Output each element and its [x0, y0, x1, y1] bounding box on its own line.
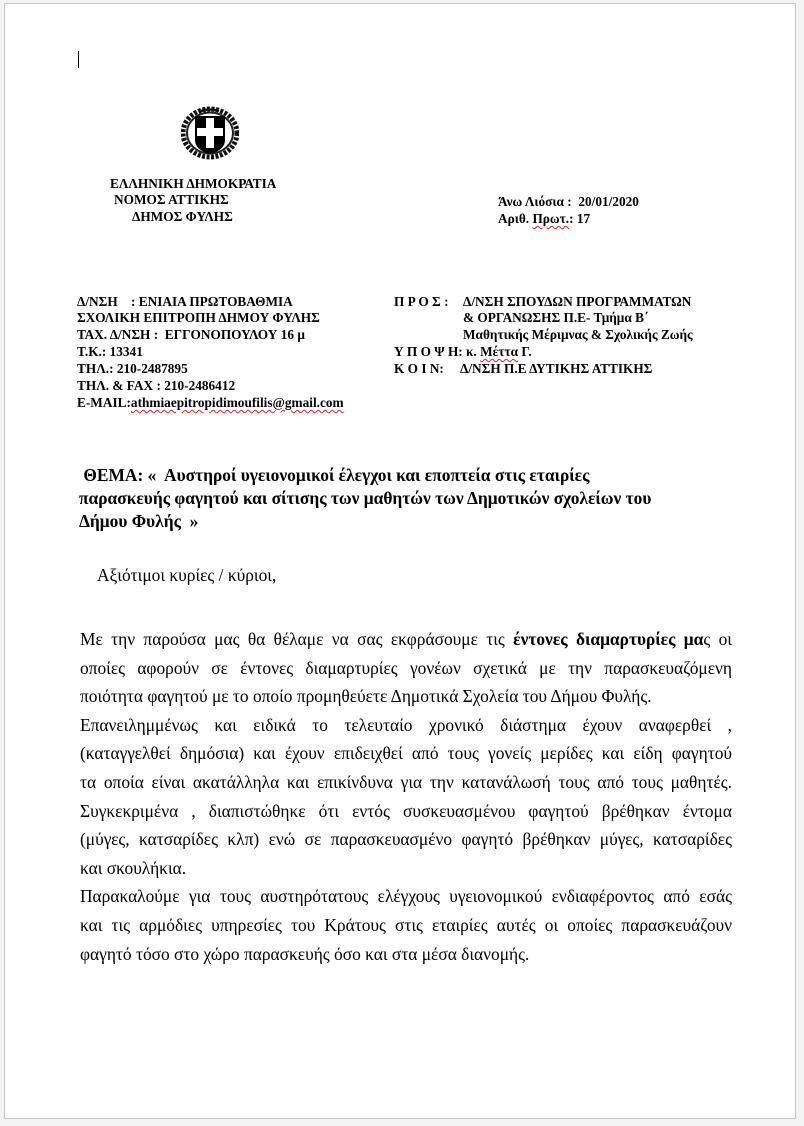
protocol-label-suffix: :	[569, 211, 577, 226]
body-line: Με την παρούσα μας θα θέλαμε να σας εκφρ…	[80, 625, 732, 654]
attention-line: Υ Π Ο Ψ Η: κ. Μέττα Γ.	[394, 344, 532, 360]
body-line: και σκουλήκια.	[80, 854, 732, 883]
date-value: 20/01/2020	[578, 194, 639, 209]
body-line: φαγητό τόσο στο χώρο παρασκευής όσο και …	[80, 940, 732, 969]
email-link[interactable]: athmiaepitropidimoufilis@gmail.com	[131, 395, 344, 410]
sender-committee: ΣΧΟΛΙΚΗ ΕΠΙΤΡΟΠΗ ΔΗΜΟΥ ΦΥΛΗΣ	[77, 310, 320, 326]
org-country: ΕΛΛΗΝΙΚΗ ΔΗΜΟΚΡΑΤΙΑ	[110, 176, 276, 192]
document-page[interactable]: ΕΛΛΗΝΙΚΗ ΔΗΜΟΚΡΑΤΙΑ ΝΟΜΟΣ ΑΤΤΙΚΗΣ ΔΗΜΟΣ …	[4, 3, 796, 1119]
greek-coat-of-arms-icon	[181, 106, 239, 160]
body-line: τα οποία είναι ακατάλληλα και επικίνδυνα…	[80, 768, 732, 797]
sender-email-line: E-MAIL:athmiaepitropidimoufilis@gmail.co…	[77, 395, 344, 411]
place-date: Άνω Λιόσια : 20/01/2020	[498, 194, 639, 210]
attention-name: Μέττα	[480, 344, 518, 359]
emphasis-protests: έντονες διαμαρτυρίες μα	[513, 629, 703, 649]
sender-postcode: Τ.Κ.: 13341	[77, 344, 143, 360]
subject-line-2: παρασκευής φαγητού και σίτισης των μαθητ…	[79, 487, 739, 510]
body-line: και τις αρμόδιες υπηρεσίες του Κράτους σ…	[80, 911, 732, 940]
to-line-3: Μαθητικής Μέριμνας & Σχολικής Ζωής	[463, 327, 693, 343]
attention-label: Υ Π Ο Ψ Η: κ.	[394, 344, 480, 359]
attention-suffix: Γ.	[518, 344, 532, 359]
org-municipality: ΔΗΜΟΣ ΦΥΛΗΣ	[132, 209, 233, 225]
protocol-label-prefix: Αριθ.	[498, 211, 532, 226]
sender-address: ΤΑΧ. Δ/ΝΣΗ : ΕΓΓΟΝΟΠΟΥΛΟΥ 16 μ	[77, 327, 305, 343]
sender-directorate: Δ/ΝΣΗ : ΕΝΙΑΙΑ ΠΡΩΤΟΒΑΘΜΙΑ	[77, 294, 293, 310]
cc-label: Κ Ο Ι Ν:	[394, 361, 444, 377]
subject-line-3: Δήμου Φυλής »	[79, 510, 739, 533]
to-line-2: & ΟΡΓΑΝΩΣΗΣ Π.Ε- Τμήμα Β΄	[463, 310, 648, 326]
body-line: Επανειλημμένως και ειδικά το τελευταίο χ…	[80, 711, 732, 740]
body-line: οποίες αφορούν σε έντονες διαμαρτυρίες γ…	[80, 654, 732, 683]
subject-line-1: ΘΕΜΑ: « Αυστηροί υγειονομικοί έλεγχοι κα…	[79, 464, 739, 487]
body-line: (καταγγελθεί δημόσια) και έχουν επιδειχθ…	[80, 739, 732, 768]
body-line: Συγκεκριμένα , διαπιστώθηκε ότι εντός συ…	[80, 797, 732, 826]
sender-fax: ΤΗΛ. & FAX : 210-2486412	[77, 378, 235, 394]
body-line: ποιότητα φαγητού με το οποίο προμηθεύετε…	[80, 682, 732, 711]
to-label: Π Ρ Ο Σ :	[394, 294, 449, 310]
protocol-number-line: Αριθ. Πρωτ.: 17	[498, 211, 590, 227]
body-text-segment: ς οι	[703, 629, 732, 649]
protocol-label-word: Πρωτ.	[532, 211, 569, 226]
letter-body: Με την παρούσα μας θα θέλαμε να σας εκφρ…	[80, 625, 732, 968]
body-text-segment: Με την παρούσα μας θα θέλαμε να σας εκφρ…	[80, 629, 513, 649]
place-label: Άνω Λιόσια :	[498, 194, 572, 209]
text-cursor	[78, 51, 79, 68]
greeting: Αξιότιμοι κυρίες / κύριοι,	[97, 565, 276, 586]
protocol-number: 17	[577, 211, 590, 226]
cc-value: Δ/ΝΣΗ Π.Ε ΔΥΤΙΚΗΣ ΑΤΤΙΚΗΣ	[460, 361, 652, 377]
email-label: E-MAIL:	[77, 395, 131, 410]
body-line: Παρακαλούμε για τους αυστηρότατους ελέγχ…	[80, 882, 732, 911]
sender-phone: ΤΗΛ.: 210-2487895	[77, 361, 188, 377]
to-line-1: Δ/ΝΣΗ ΣΠΟΥΔΩΝ ΠΡΟΓΡΑΜΜΑΤΩΝ	[463, 294, 691, 310]
org-prefecture: ΝΟΜΟΣ ΑΤΤΙΚΗΣ	[114, 192, 229, 208]
body-line: (μύγες, κατσαρίδες κλπ) ενώ σε παρασκευα…	[80, 825, 732, 854]
subject-heading: ΘΕΜΑ: « Αυστηροί υγειονομικοί έλεγχοι κα…	[79, 464, 739, 533]
